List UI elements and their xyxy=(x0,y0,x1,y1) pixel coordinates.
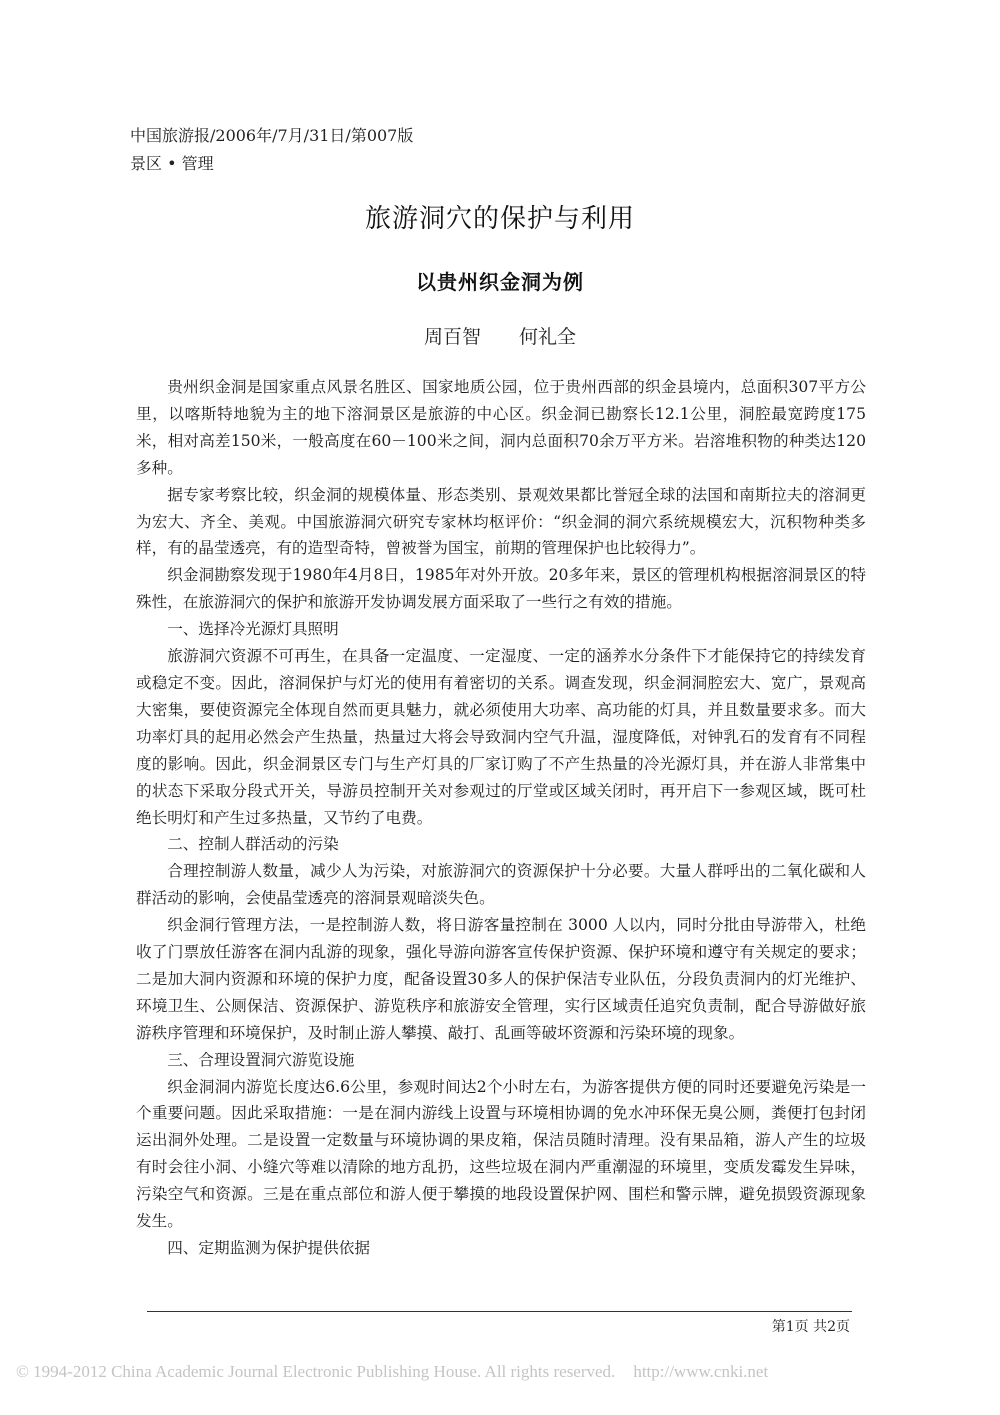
source-line: 中国旅游报/2006年/7月/31日/第007版 xyxy=(130,122,413,150)
article-body: 贵州织金洞是国家重点风景名胜区、国家地质公园，位于贵州西部的织金县境内，总面积3… xyxy=(136,374,866,1262)
document-page: 中国旅游报/2006年/7月/31日/第007版 景区 • 管理 旅游洞穴的保护… xyxy=(0,0,1000,1415)
body-paragraph: 旅游洞穴资源不可再生，在具备一定温度、一定湿度、一定的涵养水分条件下才能保持它的… xyxy=(136,643,866,831)
body-paragraph: 据专家考察比较，织金洞的规模体量、形态类别、景观效果都比誉冠全球的法国和南斯拉夫… xyxy=(136,482,866,563)
footer-divider xyxy=(147,1311,852,1312)
copyright-text: © 1994-2012 China Academic Journal Elect… xyxy=(16,1362,615,1381)
article-authors: 周百智 何礼全 xyxy=(0,322,1000,349)
article-title: 旅游洞穴的保护与利用 xyxy=(0,198,1000,235)
body-paragraph: 织金洞行管理方法，一是控制游人数，将日游客量控制在 3000 人以内，同时分批由… xyxy=(136,912,866,1047)
section-heading: 二、控制人群活动的污染 xyxy=(136,831,866,858)
article-subtitle: 以贵州织金洞为例 xyxy=(0,266,1000,295)
cnki-link[interactable]: http://www.cnki.net xyxy=(633,1362,768,1381)
body-paragraph: 织金洞勘察发现于1980年4月8日，1985年对外开放。20多年来，景区的管理机… xyxy=(136,562,866,616)
copyright-notice: © 1994-2012 China Academic Journal Elect… xyxy=(16,1362,768,1382)
section-heading: 一、选择冷光源灯具照明 xyxy=(136,616,866,643)
publication-header: 中国旅游报/2006年/7月/31日/第007版 景区 • 管理 xyxy=(130,122,413,178)
body-paragraph: 织金洞洞内游览长度达6.6公里，参观时间达2个小时左右，为游客提供方便的同时还要… xyxy=(136,1074,866,1235)
section-heading: 四、定期监测为保护提供依据 xyxy=(136,1235,866,1262)
section-line: 景区 • 管理 xyxy=(130,150,413,178)
section-heading: 三、合理设置洞穴游览设施 xyxy=(136,1047,866,1074)
author-name: 周百智 xyxy=(424,326,481,348)
page-indicator: 第1页 共2页 xyxy=(772,1316,850,1336)
body-paragraph: 合理控制游人数量，减少人为污染，对旅游洞穴的资源保护十分必要。大量人群呼出的二氧… xyxy=(136,858,866,912)
author-name: 何礼全 xyxy=(519,326,576,348)
body-paragraph: 贵州织金洞是国家重点风景名胜区、国家地质公园，位于贵州西部的织金县境内，总面积3… xyxy=(136,374,866,482)
